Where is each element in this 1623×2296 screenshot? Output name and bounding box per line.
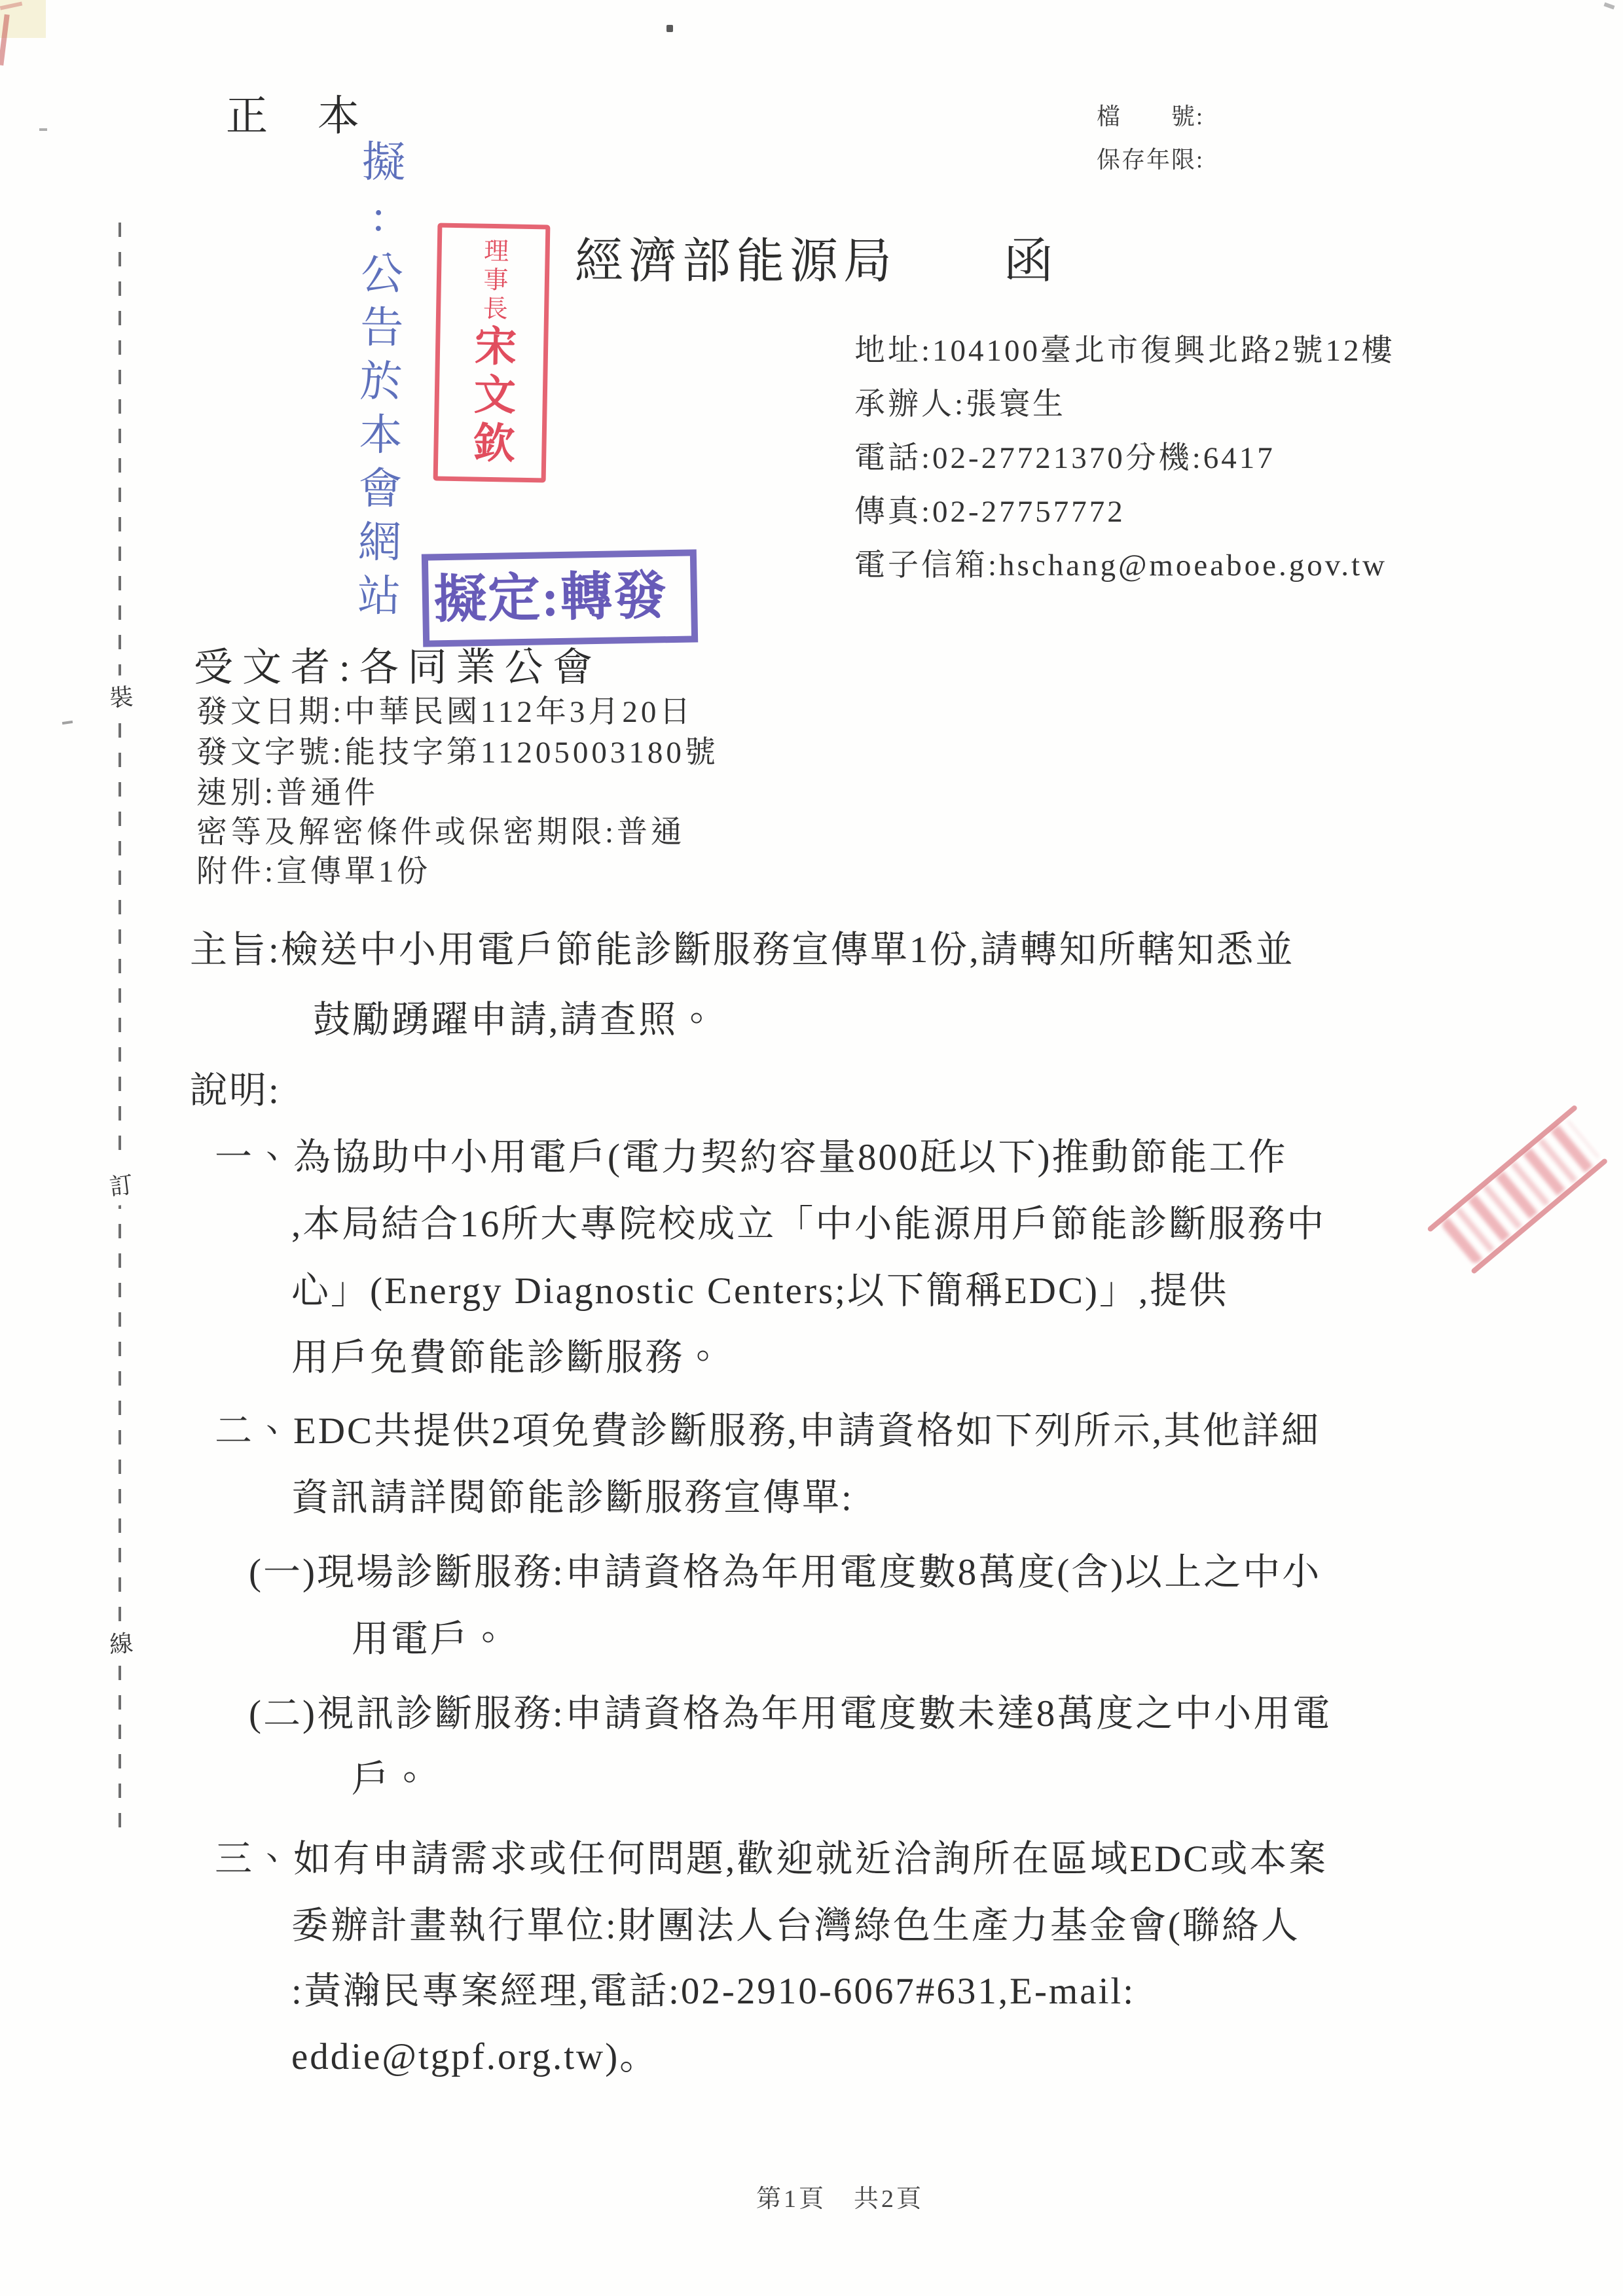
chairman-stamp-name: 宋文欽 [467, 323, 516, 469]
body-line: (二)視訊診斷服務:申請資格為年用電度數未達8萬度之中小用電 [249, 1683, 1332, 1737]
subject-line-2: 鼓勵踴躍申請,請查照。 [313, 990, 717, 1043]
sender-phone: 電話:02-27721370分機:6417 [854, 433, 1275, 477]
sender-email: 電子信箱:hschang@moeaboe.gov.tw [854, 541, 1387, 584]
body-line: 一、為協助中小用電戶(電力契約容量800瓩以下)推動節能工作 [215, 1127, 1287, 1181]
body-line: 資訊請詳閱節能診斷服務宣傳單: [291, 1467, 854, 1521]
sender-contact-person: 承辦人:張寰生 [854, 380, 1066, 423]
subject-line-1: 主旨:檢送中小用電戶節能診斷服務宣傳單1份,請轉知所轄知悉並 [190, 920, 1295, 973]
handwritten-draft-note: 擬:公告於本會網站 [343, 139, 410, 627]
body-line: 戶。 [352, 1749, 430, 1803]
body-line: (一)現場診斷服務:申請資格為年用電度數8萬度(含)以上之中小 [249, 1542, 1321, 1596]
document-title: 經濟部能源局 函 [575, 223, 1058, 292]
approval-stamp: 擬定:轉發 [422, 549, 698, 647]
doc-number-line: 發文字號:能技字第11205003180號 [196, 728, 719, 772]
chairman-stamp-text: 理事長宋文欽 [441, 237, 543, 478]
chairman-stamp-title: 理事長 [479, 238, 507, 325]
scan-speck-4 [62, 721, 73, 725]
body-line: ,本局結合16所大專院校成立「中小能源用戶節能診斷服務中 [291, 1194, 1326, 1247]
sender-fax: 傳真:02-27757772 [854, 487, 1125, 531]
speed-line: 速別:普通件 [196, 768, 378, 812]
receipt-stamp [1414, 1092, 1623, 1318]
body-line: :黃瀚民專案經理,電話:02-2910-6067#631,E-mail: [291, 1961, 1135, 2015]
body-line: eddie@tgpf.org.tw)。 [291, 2026, 659, 2080]
binding-dashed-line [119, 223, 121, 1836]
scanned-official-letter: 裝 訂 線 正 本 檔 號: 保存年限: 擬:公告於本會網站 理事長宋文欽 經濟… [0, 0, 1623, 2296]
body-line: 委辦計畫執行單位:財團法人台灣綠色生產力基金會(聯絡人 [291, 1895, 1300, 1949]
retention-period-label: 保存年限: [1097, 141, 1204, 175]
binding-mark-zhuang: 裝 [106, 674, 136, 717]
binding-mark-ding: 訂 [105, 1162, 136, 1206]
binding-mark-xian: 線 [107, 1621, 136, 1664]
body-line: 用電戶。 [352, 1609, 509, 1662]
body-line: 二、EDC共提供2項免費診斷服務,申請資格如下列所示,其他詳細 [215, 1401, 1321, 1454]
attachment-line: 附件:宣傳單1份 [196, 847, 431, 891]
security-line: 密等及解密條件或保密期限:普通 [196, 808, 685, 852]
page-number-footer: 第1頁 共2頁 [756, 2178, 924, 2214]
chairman-stamp: 理事長宋文欽 [433, 223, 551, 483]
body-line: 心」(Energy Diagnostic Centers;以下簡稱EDC)」,提… [291, 1261, 1228, 1314]
sender-address: 地址:104100臺北市復興北路2號12樓 [854, 326, 1395, 370]
file-number-label: 檔 號: [1097, 98, 1204, 132]
recipient-line: 受文者:各同業公會 [194, 636, 602, 692]
scan-speck-2 [1603, 2, 1614, 9]
receipt-stamp-blur [1440, 1118, 1601, 1265]
body-line: 用戶免費節能診斷服務。 [291, 1327, 723, 1381]
approval-stamp-text: 擬定:轉發 [428, 560, 668, 636]
explanation-label: 說明: [190, 1060, 281, 1114]
scan-speck-3 [39, 128, 47, 131]
issue-date-line: 發文日期:中華民國112年3月20日 [196, 687, 693, 731]
copy-type-label: 正 本 [226, 82, 379, 143]
scan-speck [666, 25, 673, 32]
body-line: 三、如有申請需求或任何問題,歡迎就近洽詢所在區域EDC或本案 [215, 1829, 1328, 1882]
